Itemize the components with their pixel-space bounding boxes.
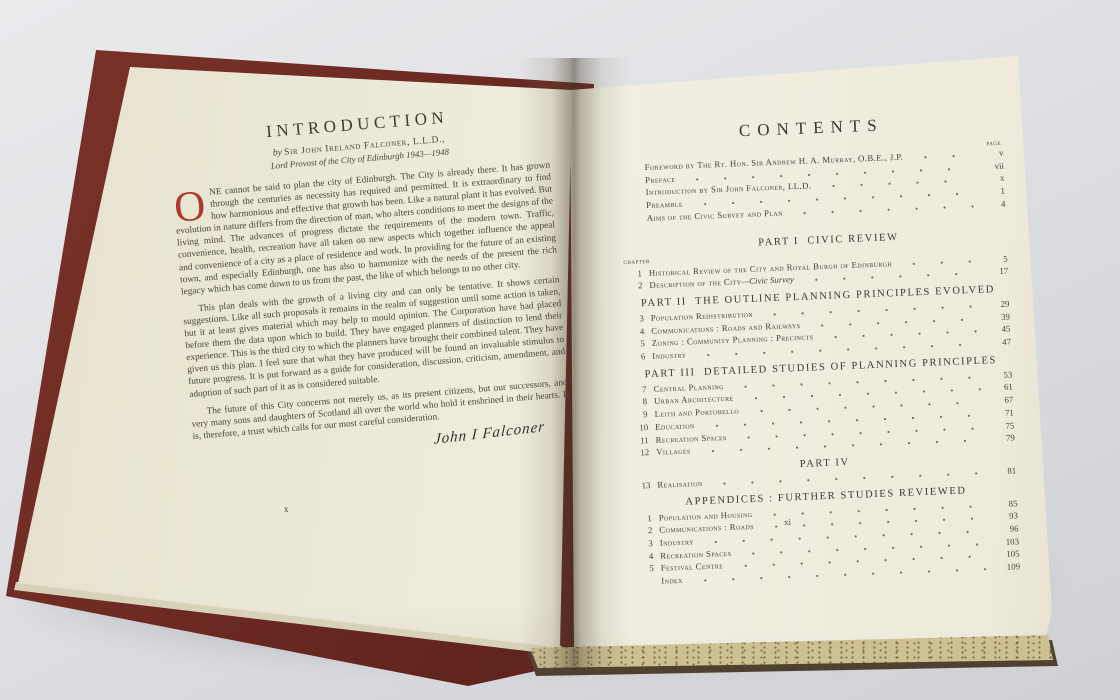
paragraph-1-text: NE cannot be said to plan the city of Ed… — [176, 160, 557, 297]
dot-leader — [909, 148, 972, 159]
book-photo: INTRODUCTION by Sir John Ireland Falcone… — [0, 0, 1120, 700]
contents-page-content: CONTENTS page Foreword by The Rt. Hon. S… — [620, 111, 1020, 589]
right-folio: xi — [784, 517, 791, 527]
chapter-column-label: chapter — [623, 256, 650, 265]
drop-cap: O — [173, 187, 212, 225]
introduction-page-content: INTRODUCTION by Sir John Ireland Falcone… — [168, 100, 572, 470]
byline-by: by — [273, 148, 285, 159]
left-folio: x — [284, 504, 289, 514]
dot-leader — [898, 253, 976, 265]
introduction-paragraph-1: ONE cannot be said to plan the city of E… — [173, 159, 559, 298]
